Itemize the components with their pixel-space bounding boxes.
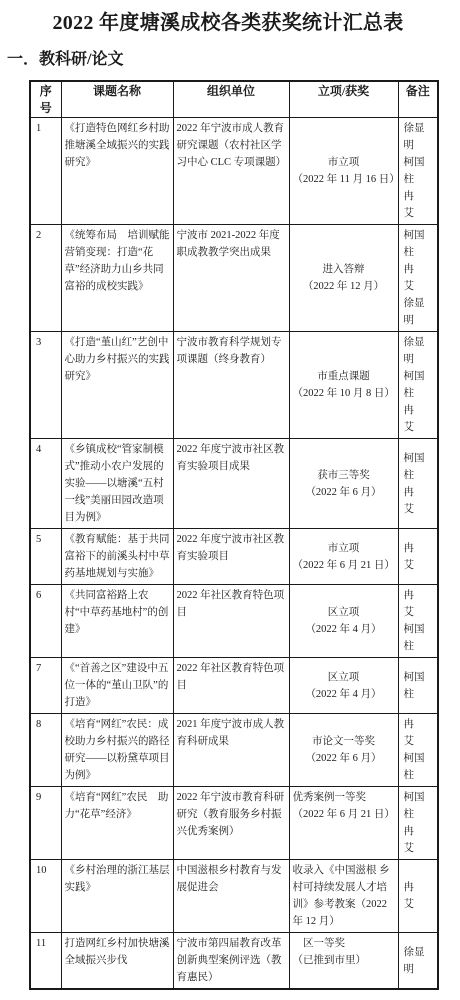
table-row: 9 《培育“网红”农民 助力“花草”经济》 2022 年宁波市教育科研研究（教育… [30, 787, 438, 860]
remark-names-cell: 徐显明 柯国柱 冉 艾 [398, 118, 438, 225]
col-header-no: 序号 [30, 81, 61, 118]
remark-names-cell: 冉 艾 柯国柱 [398, 714, 438, 787]
col-header-title: 课题名称 [61, 81, 173, 118]
award-status-cell: 市论文一等奖 （2022 年 6 月） [289, 714, 398, 787]
document-page: 2022 年度塘溪成校各类获奖统计汇总表 一．教科研/论文 序号 课题名称 组织… [0, 0, 460, 1000]
remark-names-cell: 冉 艾 柯国柱 [398, 585, 438, 658]
row-number-cell: 4 [30, 439, 61, 529]
award-status-cell: 区立项 （2022 年 4 月） [289, 658, 398, 714]
project-title-cell: 打造网红乡村加快塘溪全域振兴步伐 [61, 933, 173, 990]
project-title-cell: 《培育“网红”农民 助力“花草”经济》 [61, 787, 173, 860]
project-title-cell: 《“首善之区”建设中五位一体的“堇山卫队”的打造》 [61, 658, 173, 714]
row-number-cell: 11 [30, 933, 61, 990]
project-title-cell: 《统筹布局 培训赋能 营销变现：打造“花草”经济助力山乡共同富裕的成校实践》 [61, 225, 173, 332]
project-title-cell: 《教育赋能：基于共同富裕下的前溪头村中草药基地规划与实施》 [61, 529, 173, 585]
remark-names-cell: 冉 艾 [398, 529, 438, 585]
table-row: 8 《培育“网红”农民：成校助力乡村振兴的路径研究——以粉黛草项目为例》 202… [30, 714, 438, 787]
organizer-cell: 宁波市第四届教育改革创新典型案例评选（教育惠民） [173, 933, 289, 990]
page-title: 2022 年度塘溪成校各类获奖统计汇总表 [7, 10, 449, 37]
row-number-cell: 5 [30, 529, 61, 585]
award-status-cell: 市立项 （2022 年 11 月 16 日） [289, 118, 398, 225]
row-number-cell: 8 [30, 714, 61, 787]
organizer-cell: 宁波市教育科学规划专项课题（终身教育） [173, 332, 289, 439]
award-status-cell: 区一等奖 （已推到市里） [289, 933, 398, 990]
organizer-cell: 中国滋根乡村教育与发展促进会 [173, 860, 289, 933]
award-status-cell: 进入答辩 （2022 年 12 月） [289, 225, 398, 332]
table-header-row: 序号 课题名称 组织单位 立项/获奖 备注 [30, 81, 438, 118]
remark-names-cell: 柯国柱 [398, 658, 438, 714]
col-header-award: 立项/获奖 [289, 81, 398, 118]
remark-names-cell: 徐显明 [398, 933, 438, 990]
table-row: 3 《打造“堇山红”艺创中心助力乡村振兴的实践研究》 宁波市教育科学规划专项课题… [30, 332, 438, 439]
row-number-cell: 2 [30, 225, 61, 332]
col-header-org: 组织单位 [173, 81, 289, 118]
remark-names-cell: 冉 艾 [398, 860, 438, 933]
table-row: 11 打造网红乡村加快塘溪全域振兴步伐 宁波市第四届教育改革创新典型案例评选（教… [30, 933, 438, 990]
organizer-cell: 2022 年度宁波市社区教育实验项目成果 [173, 439, 289, 529]
row-number-cell: 6 [30, 585, 61, 658]
project-title-cell: 《乡镇成校“管家制模式”推动小农户发展的实验——以塘溪“五村一线”美丽田园改造项… [61, 439, 173, 529]
organizer-cell: 2022 年度宁波市社区教育实验项目 [173, 529, 289, 585]
row-number-cell: 9 [30, 787, 61, 860]
project-title-cell: 《培育“网红”农民：成校助力乡村振兴的路径研究——以粉黛草项目为例》 [61, 714, 173, 787]
project-title-cell: 《打造“堇山红”艺创中心助力乡村振兴的实践研究》 [61, 332, 173, 439]
table-row: 5 《教育赋能：基于共同富裕下的前溪头村中草药基地规划与实施》 2022 年度宁… [30, 529, 438, 585]
award-status-cell: 区立项 （2022 年 4 月） [289, 585, 398, 658]
table-row: 6 《共同富裕路上农村“中草药基地村”的创建》 2022 年社区教育特色项目 区… [30, 585, 438, 658]
row-number-cell: 1 [30, 118, 61, 225]
table-row: 4 《乡镇成校“管家制模式”推动小农户发展的实验——以塘溪“五村一线”美丽田园改… [30, 439, 438, 529]
organizer-cell: 2021 年度宁波市成人教育科研成果 [173, 714, 289, 787]
section-heading: 一．教科研/论文 [7, 50, 449, 71]
table-row: 2 《统筹布局 培训赋能 营销变现：打造“花草”经济助力山乡共同富裕的成校实践》… [30, 225, 438, 332]
project-title-cell: 《乡村治理的浙江基层实践》 [61, 860, 173, 933]
table-row: 7 《“首善之区”建设中五位一体的“堇山卫队”的打造》 2022 年社区教育特色… [30, 658, 438, 714]
organizer-cell: 2022 年社区教育特色项目 [173, 658, 289, 714]
organizer-cell: 2022 年宁波市成人教育研究课题（农村社区学习中心 CLC 专项课题） [173, 118, 289, 225]
awards-table: 序号 课题名称 组织单位 立项/获奖 备注 1 《打造特色网红乡村助推塘溪全域振… [29, 80, 439, 991]
organizer-cell: 宁波市 2021-2022 年度职成教教学突出成果 [173, 225, 289, 332]
table-row: 10 《乡村治理的浙江基层实践》 中国滋根乡村教育与发展促进会 收录入《中国滋根… [30, 860, 438, 933]
remark-names-cell: 徐显明 柯国柱 冉 艾 [398, 332, 438, 439]
col-header-remark: 备注 [398, 81, 438, 118]
remark-names-cell: 柯国柱 冉 艾 徐显明 [398, 225, 438, 332]
table-row: 1 《打造特色网红乡村助推塘溪全域振兴的实践研究》 2022 年宁波市成人教育研… [30, 118, 438, 225]
row-number-cell: 10 [30, 860, 61, 933]
remark-names-cell: 柯国柱 冉 艾 [398, 439, 438, 529]
row-number-cell: 7 [30, 658, 61, 714]
award-status-cell: 市重点课题 （2022 年 10 月 8 日） [289, 332, 398, 439]
remark-names-cell: 柯国柱 冉 艾 [398, 787, 438, 860]
organizer-cell: 2022 年宁波市教育科研研究（教育服务乡村振兴优秀案例） [173, 787, 289, 860]
award-status-cell: 收录入《中国滋根 乡村可持续发展人才培训》参考教案（2022 年 12 月） [289, 860, 398, 933]
organizer-cell: 2022 年社区教育特色项目 [173, 585, 289, 658]
project-title-cell: 《打造特色网红乡村助推塘溪全域振兴的实践研究》 [61, 118, 173, 225]
award-status-cell: 优秀案例一等奖 （2022 年 6 月 21 日） [289, 787, 398, 860]
award-status-cell: 获市三等奖 （2022 年 6 月） [289, 439, 398, 529]
award-status-cell: 市立项 （2022 年 6 月 21 日） [289, 529, 398, 585]
project-title-cell: 《共同富裕路上农村“中草药基地村”的创建》 [61, 585, 173, 658]
row-number-cell: 3 [30, 332, 61, 439]
